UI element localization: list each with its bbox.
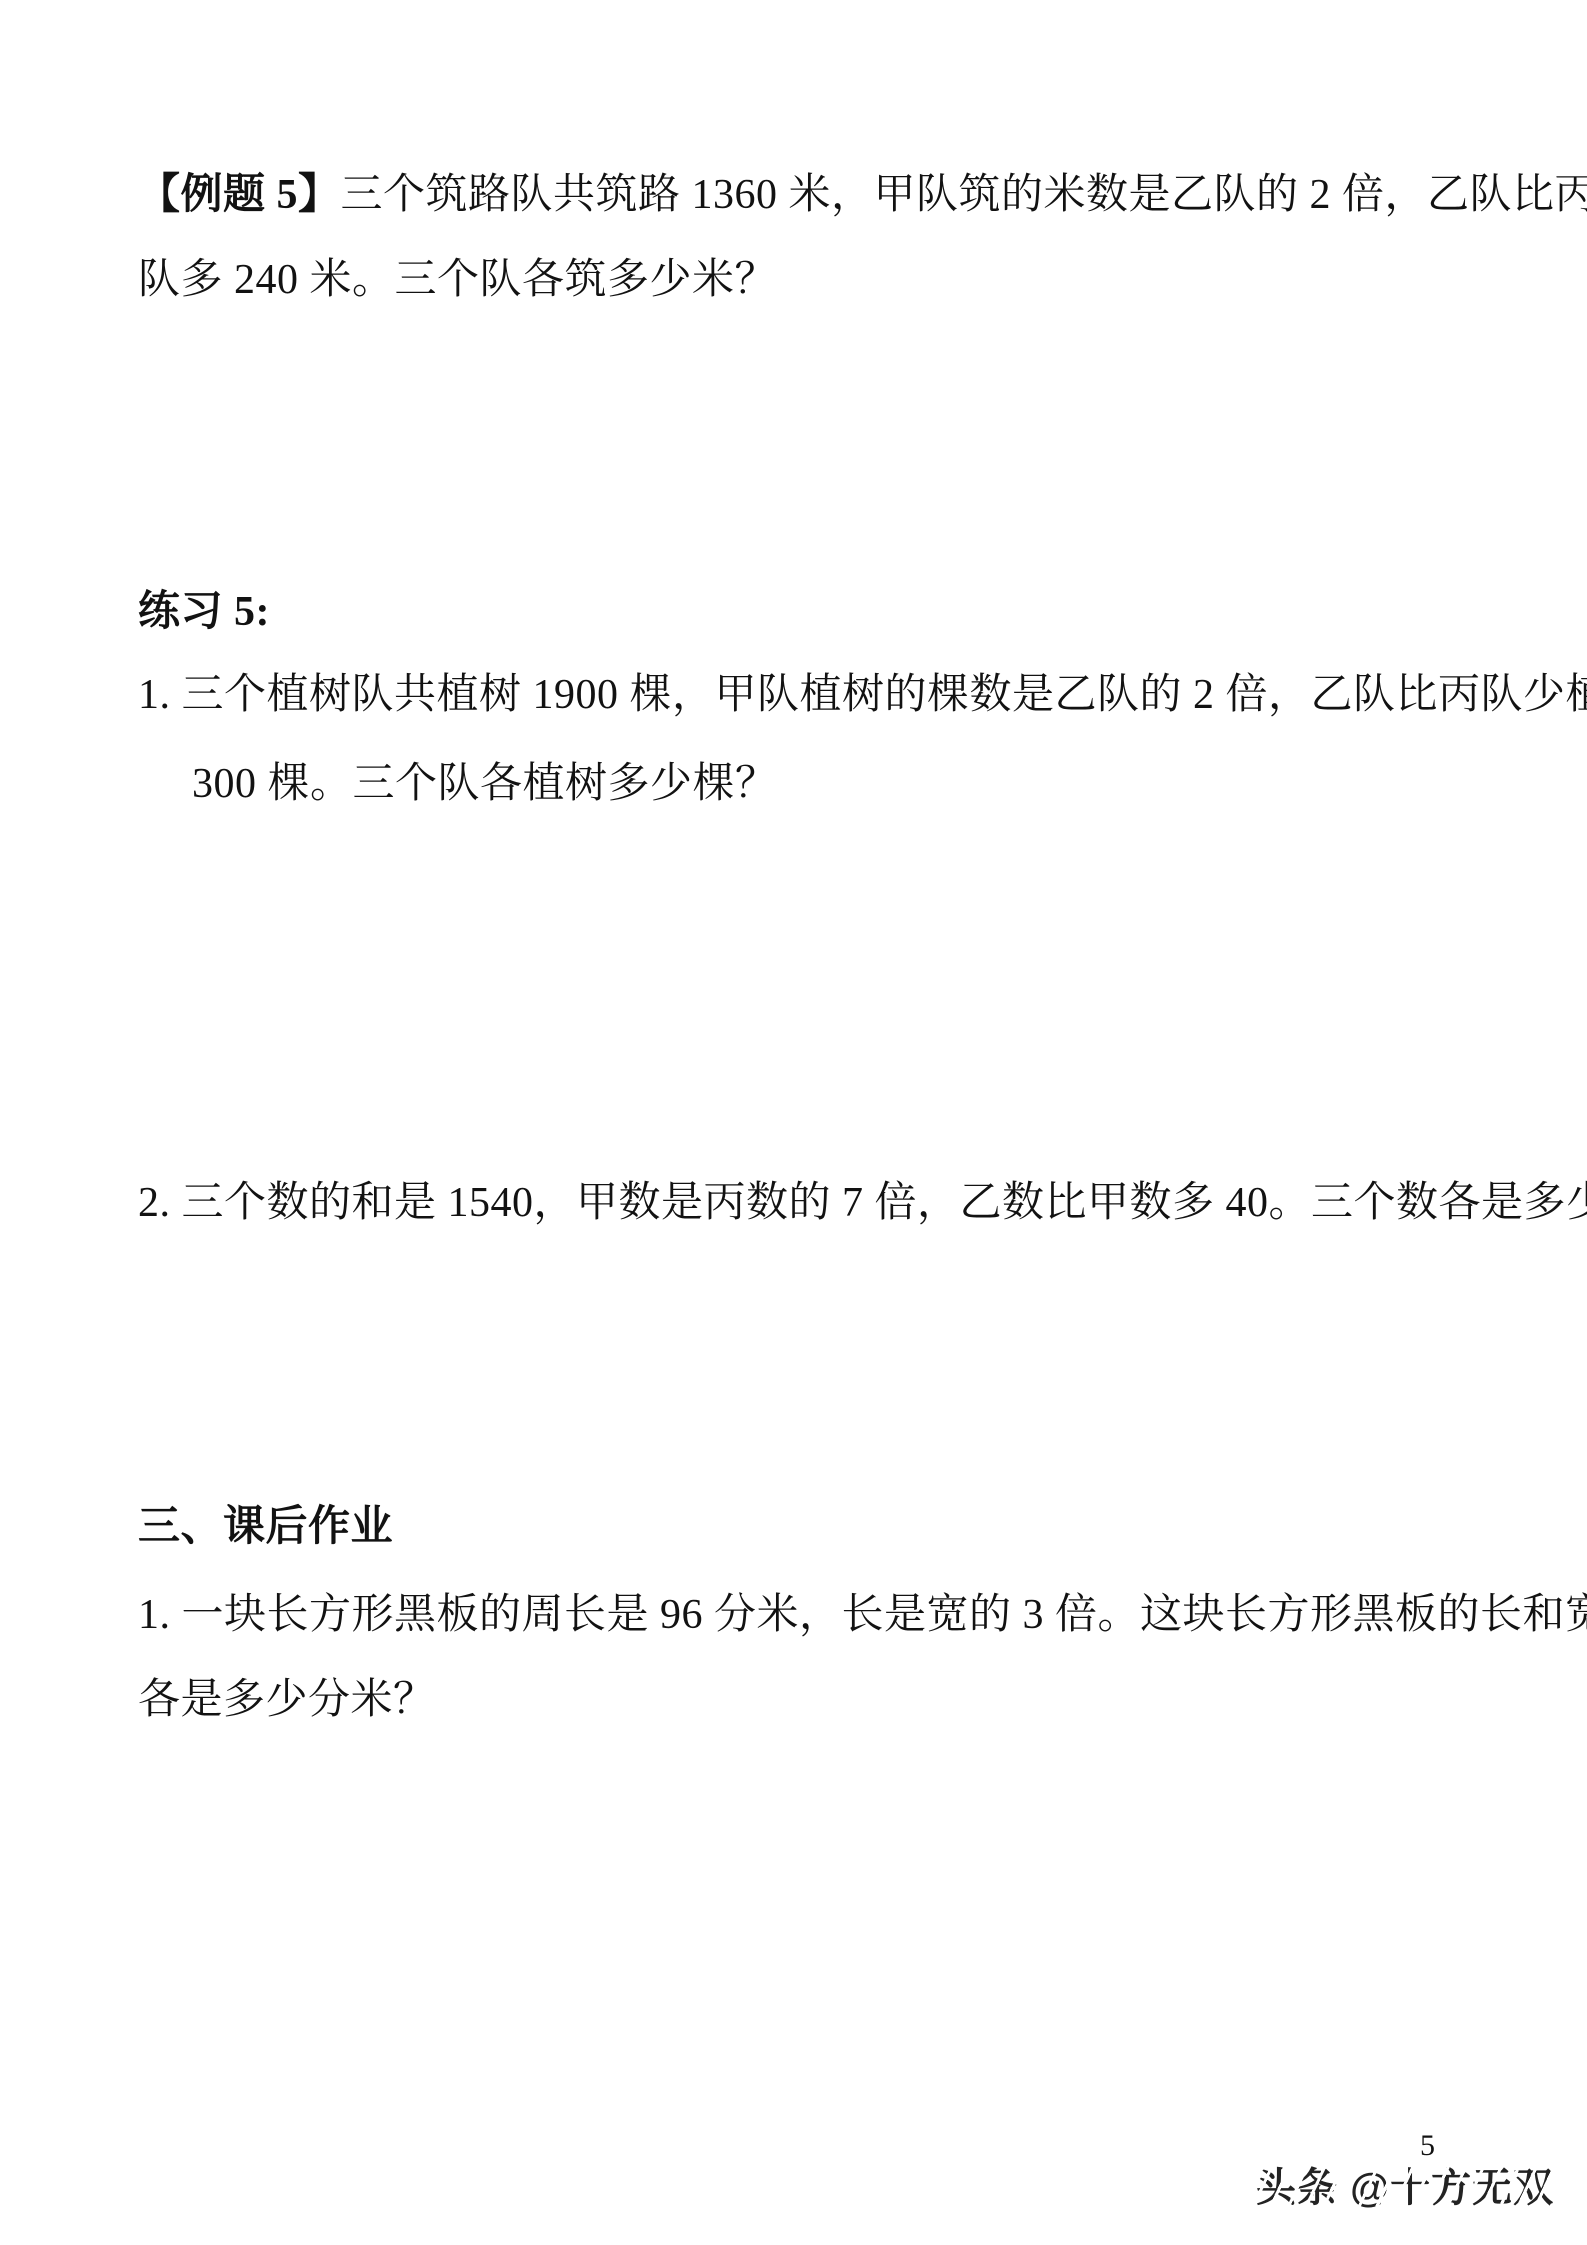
homework-item-1-line-2: 各是多少分米？ xyxy=(138,1658,1558,1743)
example-problem-5: 【例题 5】三个筑路队共筑路 1360 米，甲队筑的米数是乙队的 2 倍，乙队比… xyxy=(138,153,1558,323)
practice-item-1-line-2: 300 棵。三个队各植树多少棵？ xyxy=(138,740,1558,829)
example-problem-line-2: 队多 240 米。三个队各筑多少米？ xyxy=(138,238,1558,323)
practice-item-1: 1. 三个植树队共植树 1900 棵，甲队植树的棵数是乙队的 2 倍，乙队比丙队… xyxy=(138,651,1558,829)
example-problem-line-1: 【例题 5】三个筑路队共筑路 1360 米，甲队筑的米数是乙队的 2 倍，乙队比… xyxy=(138,153,1558,238)
homework-item-1: 1. 一块长方形黑板的周长是 96 分米，长是宽的 3 倍。这块长方形黑板的长和… xyxy=(138,1573,1558,1743)
example-problem-label: 【例题 5】 xyxy=(138,172,341,218)
homework-heading: 三、课后作业 xyxy=(138,1485,1558,1570)
practice-item-2: 2. 三个数的和是 1540，甲数是丙数的 7 倍，乙数比甲数多 40。三个数各… xyxy=(138,1161,1558,1246)
example-problem-text: 三个筑路队共筑路 1360 米，甲队筑的米数是乙队的 2 倍，乙队比丙 xyxy=(341,172,1587,218)
toutiao-watermark: 头条 @十方无双 xyxy=(1256,2162,1554,2214)
practice-heading: 练习 5: xyxy=(138,570,1558,655)
worksheet-page: 【例题 5】三个筑路队共筑路 1360 米，甲队筑的米数是乙队的 2 倍，乙队比… xyxy=(0,0,1587,2245)
page-number: 5 xyxy=(1420,2128,1435,2164)
homework-item-1-line-1: 1. 一块长方形黑板的周长是 96 分米，长是宽的 3 倍。这块长方形黑板的长和… xyxy=(138,1573,1558,1658)
practice-item-2-line-1: 2. 三个数的和是 1540，甲数是丙数的 7 倍，乙数比甲数多 40。三个数各… xyxy=(138,1161,1558,1246)
practice-item-1-line-1: 1. 三个植树队共植树 1900 棵，甲队植树的棵数是乙队的 2 倍，乙队比丙队… xyxy=(138,651,1558,740)
